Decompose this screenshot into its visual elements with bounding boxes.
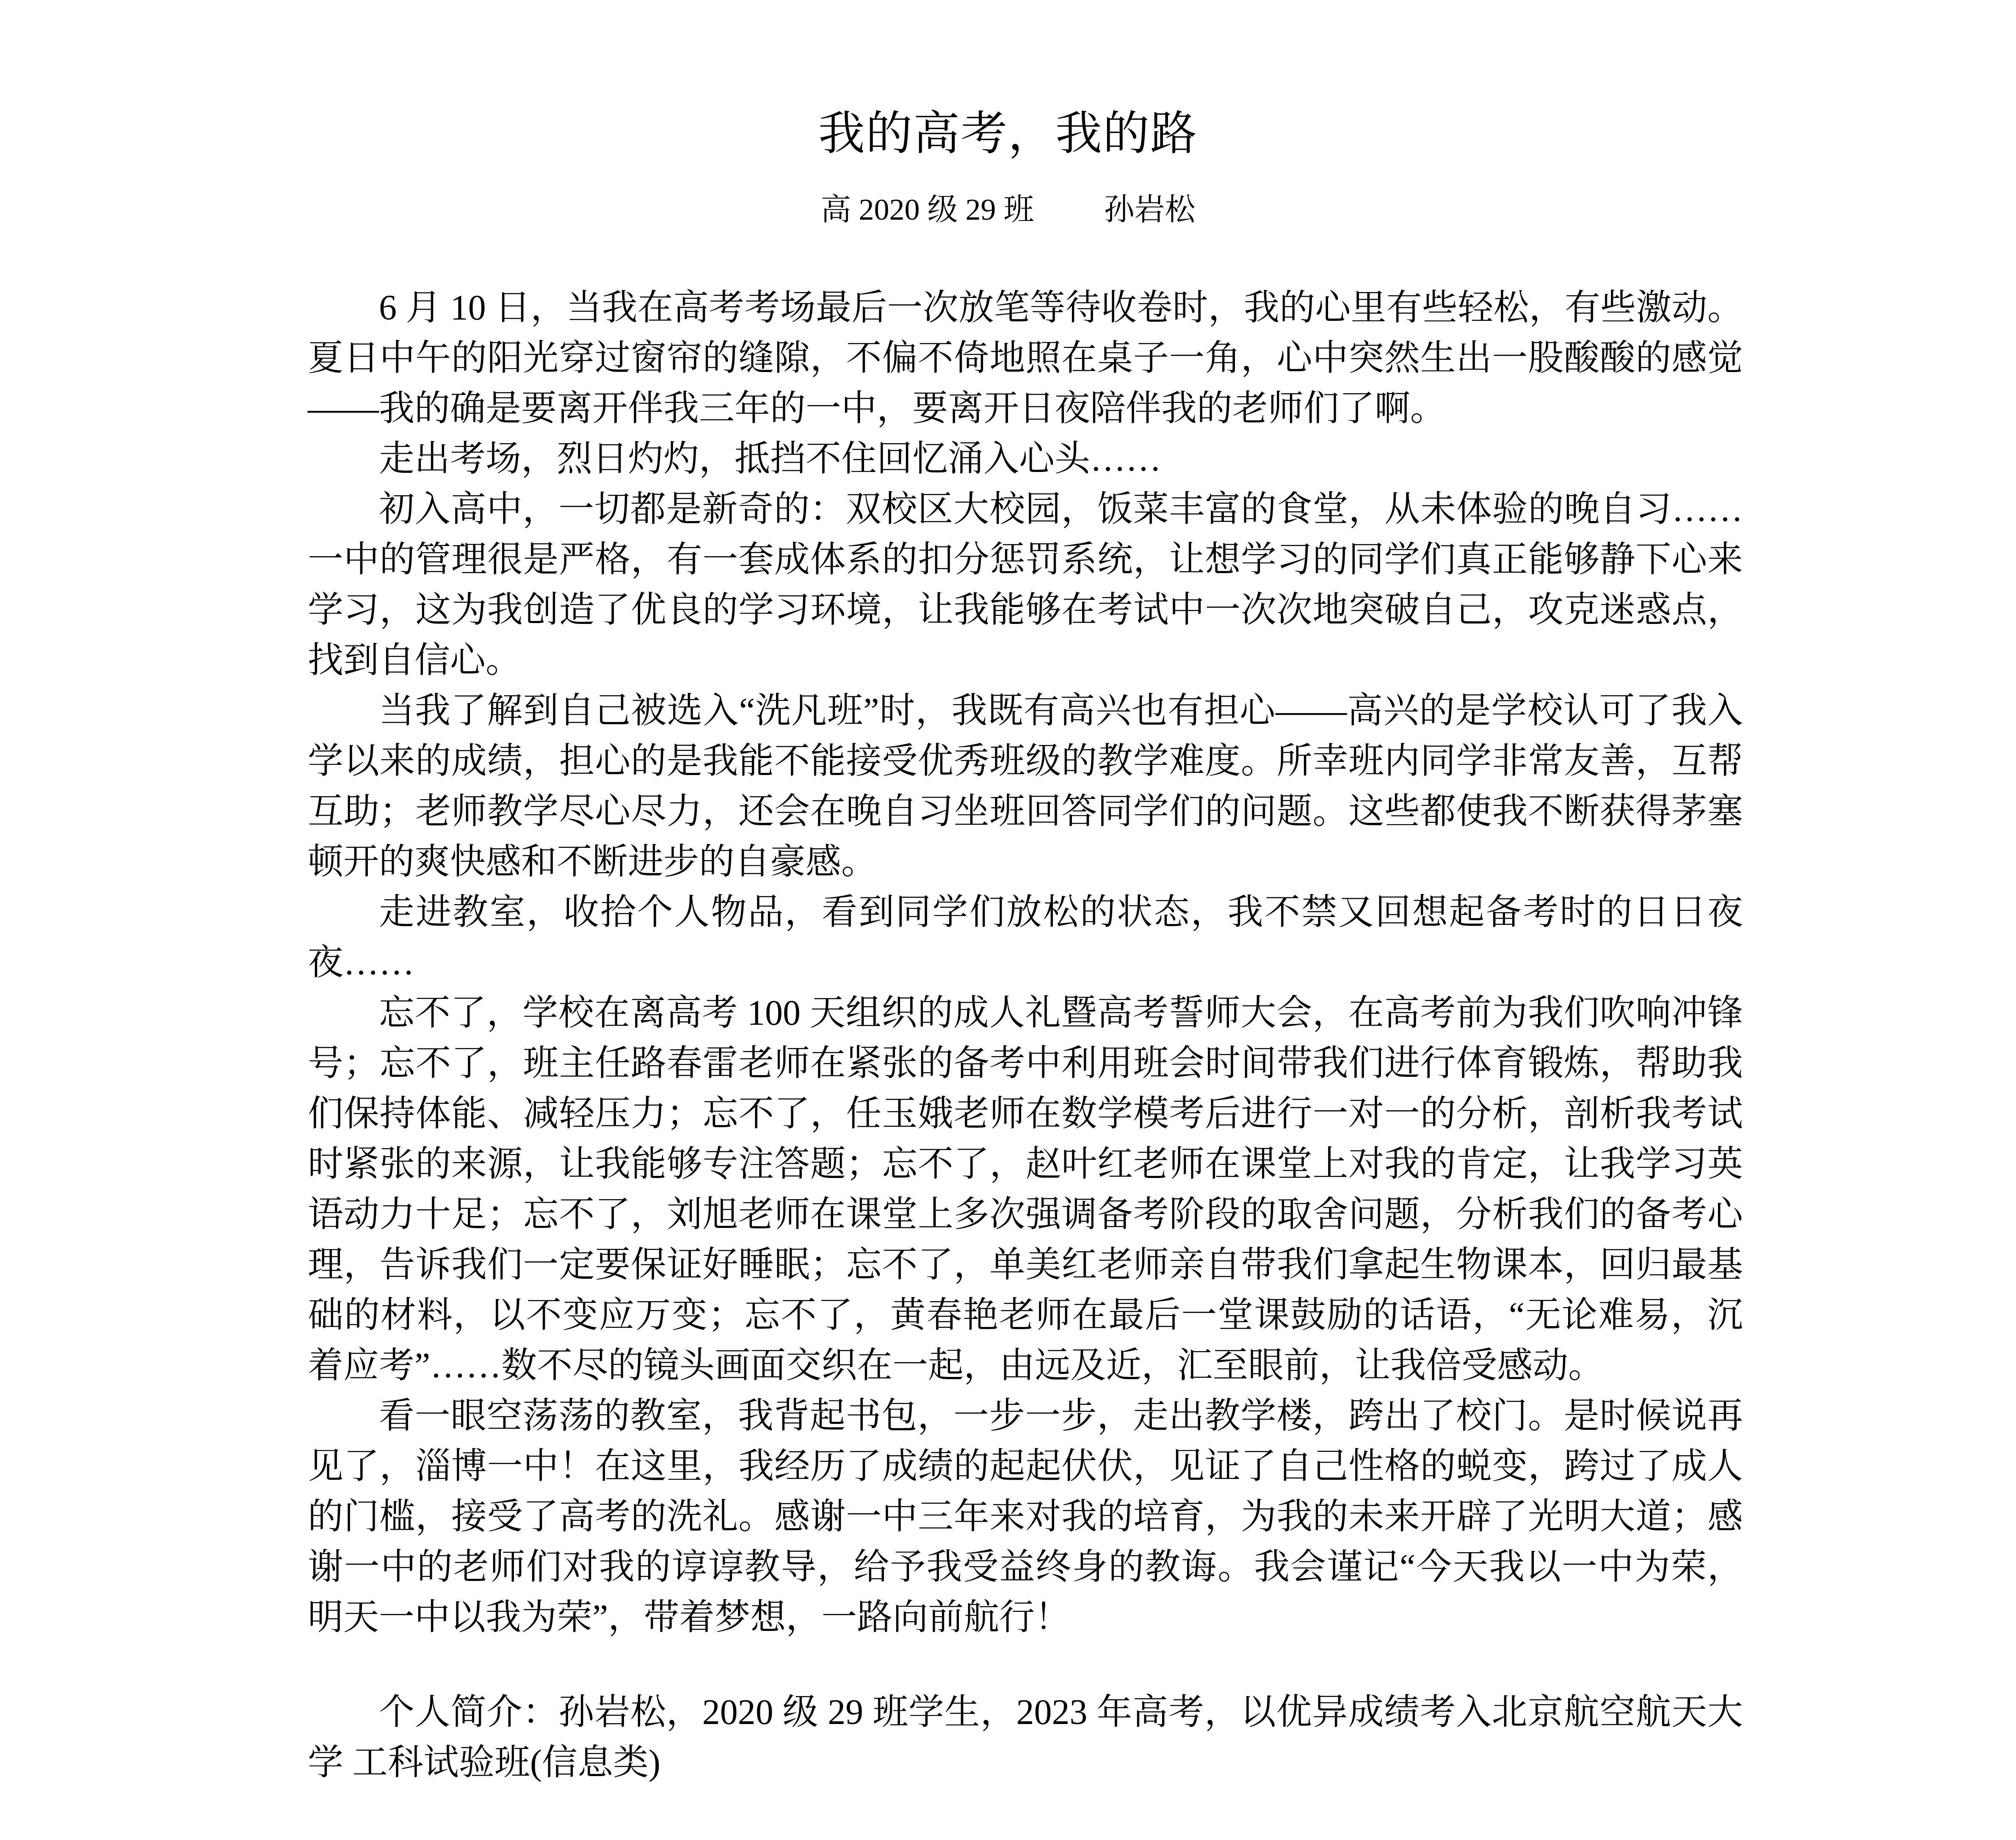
paragraph-2: 走出考场，烈日灼灼，抵挡不住回忆涌入心头…… [308, 434, 1743, 484]
paragraph-6: 忘不了，学校在离高考 100 天组织的成人礼暨高考誓师大会，在高考前为我们吹响冲… [308, 988, 1743, 1391]
paragraph-5: 走进教室，收拾个人物品，看到同学们放松的状态，我不禁又回想起备考时的日日夜夜…… [308, 887, 1743, 988]
paragraph-1: 6 月 10 日，当我在高考考场最后一次放笔等待收卷时，我的心里有些轻松，有些激… [308, 283, 1743, 434]
document-title: 我的高考，我的路 [0, 106, 2016, 162]
byline-class-label: 高 2020 级 29 班 [820, 191, 1034, 228]
paragraph-4: 当我了解到自己被选入“洗凡班”时，我既有高兴也有担心——高兴的是学校认可了我入学… [308, 686, 1743, 887]
essay-body: 6 月 10 日，当我在高考考场最后一次放笔等待收卷时，我的心里有些轻松，有些激… [308, 283, 1743, 1788]
author-bio: 个人简介：孙岩松，2020 级 29 班学生，2023 年高考，以优异成绩考入北… [308, 1687, 1743, 1788]
paragraph-7: 看一眼空荡荡的教室，我背起书包，一步一步，走出教学楼，跨出了校门。是时候说再见了… [308, 1391, 1743, 1643]
byline: 高 2020 级 29 班 孙岩松 [0, 191, 2016, 228]
document-page: 我的高考，我的路 高 2020 级 29 班 孙岩松 6 月 10 日，当我在高… [0, 0, 2016, 1840]
byline-author: 孙岩松 [1104, 191, 1196, 228]
paragraph-3: 初入高中，一切都是新奇的：双校区大校园，饭菜丰富的食堂，从未体验的晚自习……一中… [308, 484, 1743, 686]
